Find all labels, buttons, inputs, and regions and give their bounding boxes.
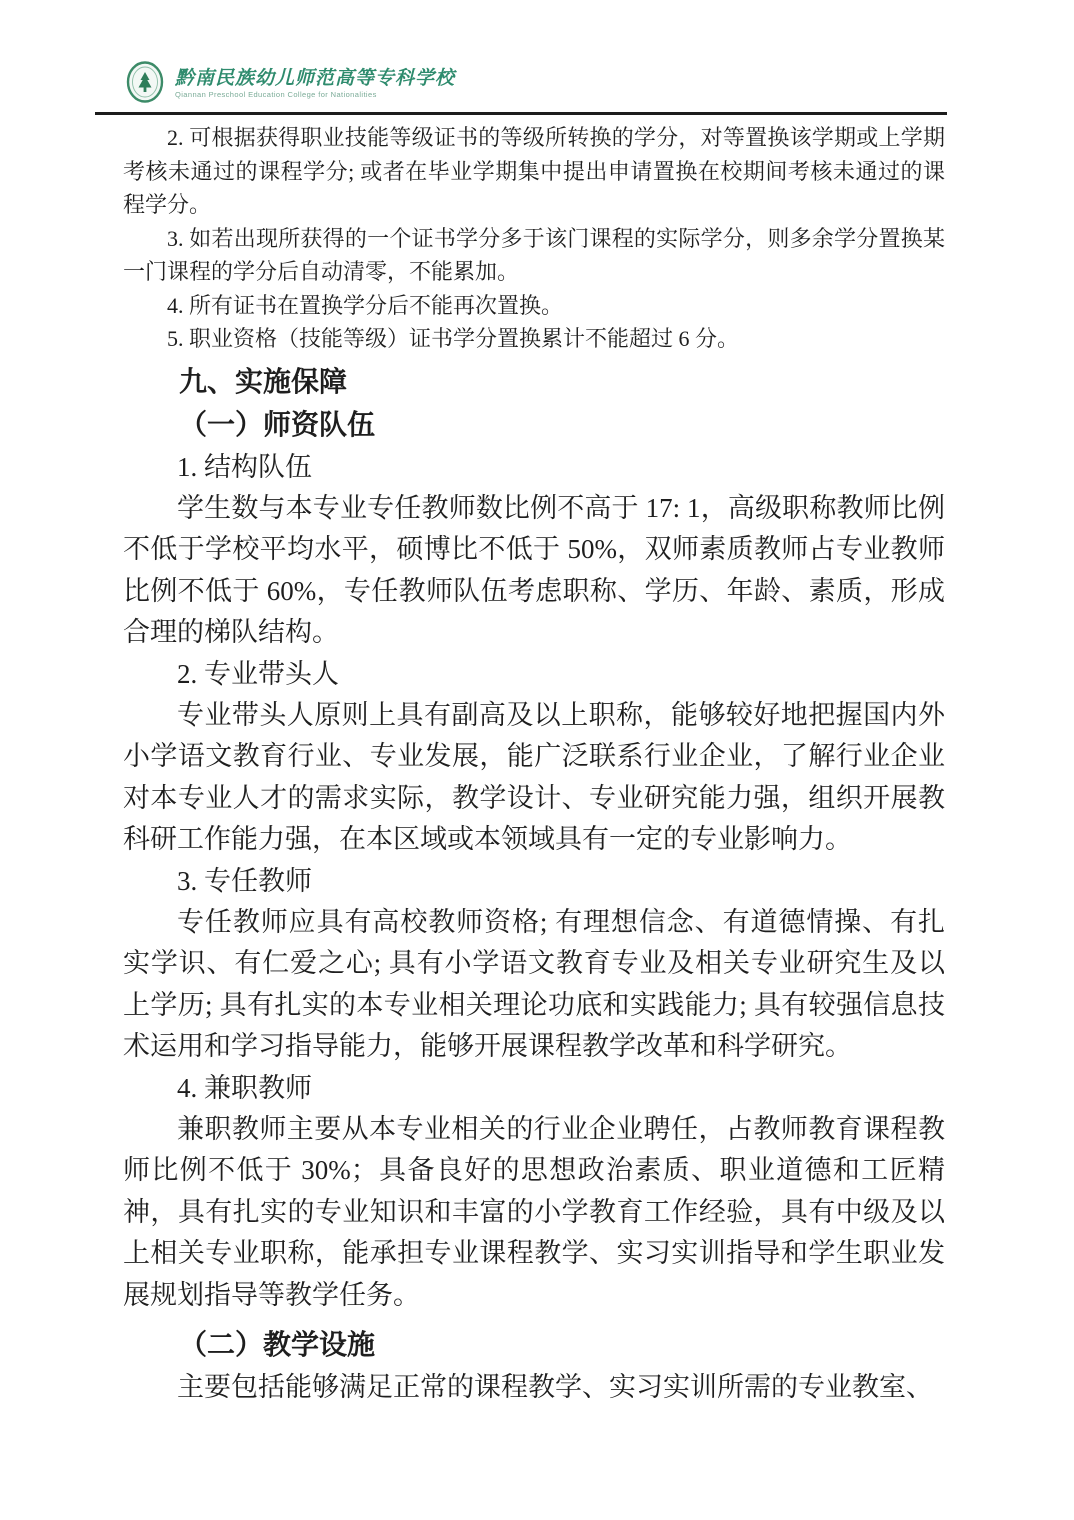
list-item-2: 2. 可根据获得职业技能等级证书的等级所转换的学分，对等置换该学期或上学期考核未… xyxy=(123,121,945,222)
body-paragraph-fulltime: 专任教师应具有高校教师资格; 有理想信念、有道德情操、有扎实学识、有仁爱之心; … xyxy=(123,902,945,1068)
document-body: 2. 可根据获得职业技能等级证书的等级所转换的学分，对等置换该学期或上学期考核未… xyxy=(123,121,945,1408)
school-name-block: 黔南民族幼儿师范高等专科学校 Qiannan Preschool Educati… xyxy=(175,60,455,100)
school-name-cn: 黔南民族幼儿师范高等专科学校 xyxy=(175,68,455,90)
section-heading-9: 九、实施保障 xyxy=(123,361,945,404)
body-paragraph-parttime: 兼职教师主要从本专业相关的行业企业聘任，占教师教育课程教师比例不低于 30%；具… xyxy=(123,1109,945,1316)
subsection-heading-1: （一）师资队伍 xyxy=(123,404,945,447)
body-paragraph-leader: 专业带头人原则上具有副高及以上职称，能够较好地把握国内外小学语文教育行业、专业发… xyxy=(123,695,945,861)
school-logo: 黔南民族幼儿师范高等专科学校 Qiannan Preschool Educati… xyxy=(126,60,455,104)
list-item-5: 5. 职业资格（技能等级）证书学分置换累计不能超过 6 分。 xyxy=(123,322,945,356)
list-item-3: 3. 如若出现所获得的一个证书学分多于该门课程的实际学分，则多余学分置换某一门课… xyxy=(123,222,945,289)
sub-item-heading-3: 3. 专任教师 xyxy=(123,861,945,902)
sub-item-heading-2: 2. 专业带头人 xyxy=(123,654,945,695)
header-rule xyxy=(95,112,947,115)
list-item-4: 4. 所有证书在置换学分后不能再次置换。 xyxy=(123,289,945,323)
subsection-heading-2: （二）教学设施 xyxy=(123,1324,945,1367)
sub-item-heading-1: 1. 结构队伍 xyxy=(123,447,945,488)
school-name-en: Qiannan Preschool Education College for … xyxy=(175,90,455,100)
school-seal-icon xyxy=(126,60,164,104)
body-paragraph-facilities: 主要包括能够满足正常的课程教学、实习实训所需的专业教室、 xyxy=(123,1367,945,1408)
document-page: 黔南民族幼儿师范高等专科学校 Qiannan Preschool Educati… xyxy=(0,0,1074,1520)
body-paragraph-structure: 学生数与本专业专任教师数比例不高于 17: 1，高级职称教师比例不低于学校平均水… xyxy=(123,488,945,654)
sub-item-heading-4: 4. 兼职教师 xyxy=(123,1068,945,1109)
